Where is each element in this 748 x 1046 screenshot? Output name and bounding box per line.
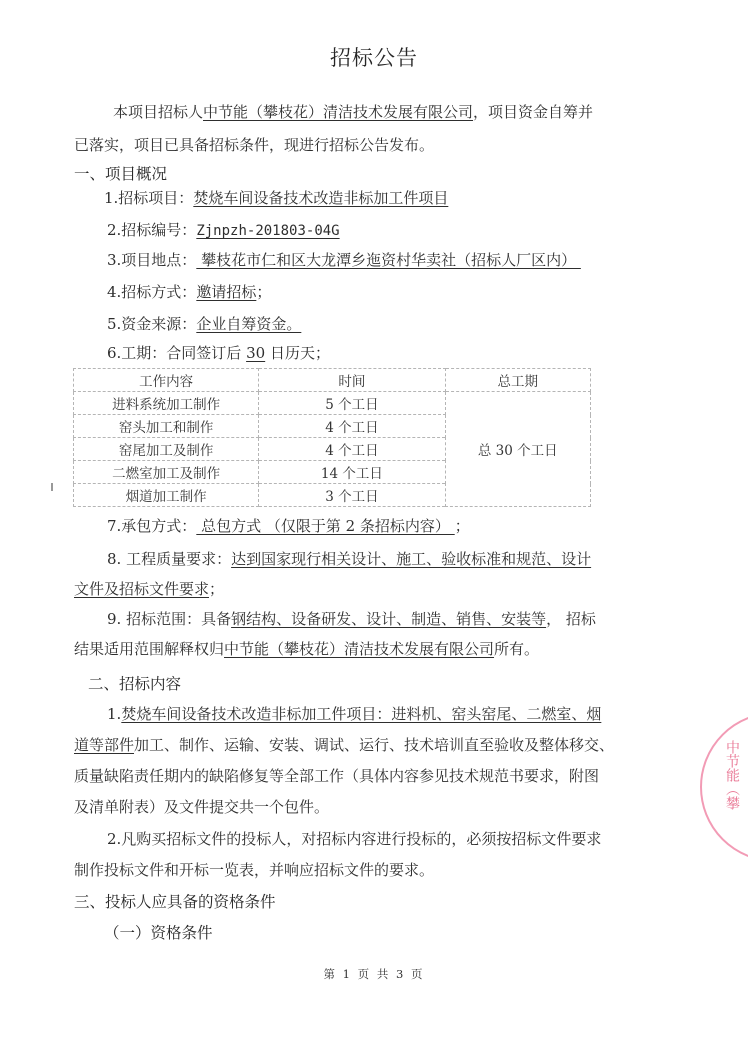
item-label: 7.承包方式： (107, 517, 196, 535)
item-value: 企业自筹资金。 (196, 315, 301, 333)
section-1-heading: 一、项目概况 (74, 162, 167, 184)
task-cell: 窑头加工和制作 (74, 415, 259, 438)
item-3-location: 3.项目地点： 攀枝花市仁和区大龙潭乡迤资村华卖社（招标人厂区内） (107, 250, 581, 270)
item-1-project: 1.招标项目：焚烧车间设备技术改造非标加工件项目 (104, 188, 448, 208)
scan-artifact (51, 483, 53, 491)
item-label: 1.招标项目： (104, 189, 193, 207)
task-cell: 烟道加工制作 (74, 484, 259, 507)
item-value: Zjnpzh-201803-04G (196, 223, 339, 239)
item-value: 文件及招标文件要求 (74, 580, 209, 598)
time-cell: 3 个工日 (259, 484, 445, 507)
s2-item-1-line-2: 道等部件加工、制作、运输、安装、调试、运行、技术培训直至验收及整体移交、 (74, 735, 614, 755)
time-cell: 4 个工日 (259, 415, 445, 438)
section-3-sub-1: （一）资格条件 (104, 921, 213, 943)
item-value: 30 (246, 344, 265, 362)
item-7-contract-type: 7.承包方式： 总包方式 （仅限于第 2 条招标内容） ； (107, 516, 470, 536)
item-tail: ； (455, 517, 470, 535)
item-label: 4.招标方式： (107, 283, 196, 301)
item-8-quality-line-2: 文件及招标文件要求； (74, 579, 224, 599)
item-9-scope-line-2: 结果适用范围解释权归中节能（攀枝花）清洁技术发展有限公司所有。 (74, 639, 539, 659)
item-label: 2.招标编号： (107, 221, 196, 239)
item-tail: 日历天； (265, 344, 330, 362)
time-cell: 14 个工日 (259, 461, 445, 484)
item-value: 总包方式 （仅限于第 2 条招标内容） (196, 517, 454, 535)
item-label: 9. 招标范围：具备 (107, 610, 231, 628)
tenderer-name: 中节能（攀枝花）清洁技术发展有限公司 (203, 103, 473, 121)
s2-item-1-line-3: 质量缺陷责任期内的缺陷修复等全部工作（具体内容参见技术规范书要求，附图 (74, 766, 599, 786)
item-6-duration: 6.工期：合同签订后 30 日历天； (107, 343, 330, 363)
item-value: 邀请招标 (196, 283, 256, 301)
item-tail: ， 招标 (546, 610, 596, 628)
item-tail: ； (209, 580, 224, 598)
page-number: 第 1 页 共 3 页 (0, 966, 748, 982)
intro-suffix: ，项目资金自筹并 (473, 103, 593, 121)
intro-line-1: 本项目招标人中节能（攀枝花）清洁技术发展有限公司，项目资金自筹并 (113, 102, 593, 122)
item-value: 达到国家现行相关设计、施工、验收标准和规范、设计 (231, 550, 591, 568)
item-4-method: 4.招标方式：邀请招标； (107, 282, 271, 302)
table-header-row: 工作内容 时间 总工期 (74, 369, 591, 392)
s2-item-2-line-2: 制作投标文件和开标一览表，并响应招标文件的要求。 (74, 860, 434, 880)
item-tail: ； (256, 283, 271, 301)
item-value: 焚烧车间设备技术改造非标加工件项目：进料机、窑头窑尾、二燃室、烟 (121, 705, 601, 723)
item-value: 攀枝花市仁和区大龙潭乡迤资村华卖社（招标人厂区内） (196, 251, 581, 269)
header-cell: 时间 (259, 369, 445, 392)
item-value: 焚烧车间设备技术改造非标加工件项目 (193, 189, 448, 207)
item-label: 3.项目地点： (107, 251, 196, 269)
item-2-tender-number: 2.招标编号：Zjnpzh-201803-04G (107, 220, 340, 241)
item-tail: 所有。 (494, 640, 539, 658)
intro-prefix: 本项目招标人 (113, 103, 203, 121)
s2-item-1-line-1: 1.焚烧车间设备技术改造非标加工件项目：进料机、窑头窑尾、二燃室、烟 (107, 704, 601, 724)
header-cell: 工作内容 (74, 369, 259, 392)
item-9-scope-line-1: 9. 招标范围：具备钢结构、设备研发、设计、制造、销售、安装等， 招标 (107, 609, 596, 629)
item-8-quality-line-1: 8. 工程质量要求：达到国家现行相关设计、施工、验收标准和规范、设计 (107, 549, 591, 569)
time-cell: 5 个工日 (259, 392, 445, 415)
item-number: 1. (107, 705, 121, 723)
item-label: 5.资金来源： (107, 315, 196, 333)
tenderer-name: 中节能（攀枝花）清洁技术发展有限公司 (224, 640, 494, 658)
item-label: 6.工期：合同签订后 (107, 344, 246, 362)
document-title: 招标公告 (0, 42, 748, 72)
section-2-heading: 二、招标内容 (88, 672, 181, 694)
task-cell: 窑尾加工及制作 (74, 438, 259, 461)
intro-line-2: 已落实，项目已具备招标条件，现进行招标公告发布。 (74, 135, 434, 155)
time-cell: 4 个工日 (259, 438, 445, 461)
section-3-heading: 三、投标人应具备的资格条件 (74, 890, 276, 912)
s2-item-2-line-1: 2.凡购买招标文件的投标人，对招标内容进行投标的，必须按招标文件要求 (107, 829, 601, 849)
item-label: 8. 工程质量要求： (107, 550, 231, 568)
item-prefix: 结果适用范围解释权归 (74, 640, 224, 658)
company-seal-text: 中节能（攀 (716, 740, 740, 810)
header-cell: 总工期 (445, 369, 590, 392)
task-cell: 二燃室加工及制作 (74, 461, 259, 484)
item-5-funding: 5.资金来源：企业自筹资金。 (107, 314, 301, 334)
s2-item-1-line-4: 及清单附表）及文件提交共一个包件。 (74, 797, 329, 817)
item-value: 钢结构、设备研发、设计、制造、销售、安装等 (231, 610, 546, 628)
schedule-table: 工作内容 时间 总工期 进料系统加工制作 5 个工日 总 30 个工日 窑头加工… (73, 368, 591, 507)
task-cell: 进料系统加工制作 (74, 392, 259, 415)
total-cell: 总 30 个工日 (445, 392, 590, 507)
table-row: 进料系统加工制作 5 个工日 总 30 个工日 (74, 392, 591, 415)
item-value: 道等部件 (74, 736, 134, 754)
item-text: 加工、制作、运输、安装、调试、运行、技术培训直至验收及整体移交、 (134, 736, 614, 754)
